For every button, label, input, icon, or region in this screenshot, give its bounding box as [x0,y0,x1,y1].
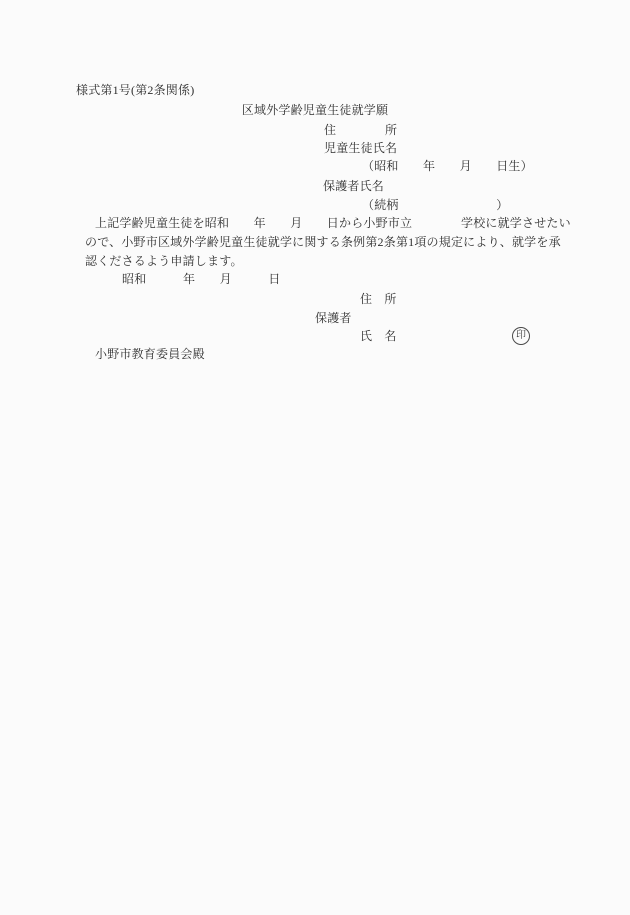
student-birthdate-label: （昭和 年 月 日生） [362,160,533,173]
body-paragraph-line1: 上記学齢児童生徒を昭和 年 月 日から小野市立 学校に就学させたい [95,217,571,230]
document-page: 様式第1号(第2条関係) 区域外学齢児童生徒就学願 住 所 児童生徒氏名 （昭和… [0,0,630,915]
signature-address-label: 住 所 [360,293,397,306]
form-number-label: 様式第1号(第2条関係) [76,84,194,97]
application-date-line: 昭和 年 月 日 [122,273,281,286]
document-title: 区域外学齢児童生徒就学願 [0,104,630,117]
body-paragraph-line2: ので、小野市区域外学齢児童生徒就学に関する条例第2条第1項の規定により、就学を承 [85,236,561,249]
seal-stamp-icon: 印 [512,327,530,345]
student-name-label: 児童生徒氏名 [324,142,397,155]
body-paragraph-line3: 認くださるよう申請します。 [85,255,243,268]
guardian-relationship-label: （続柄 ） [362,199,508,212]
signature-guardian-label: 保護者 [315,312,352,325]
addressee-line: 小野市教育委員会殿 [95,348,205,361]
seal-stamp-text: 印 [516,331,526,341]
signature-name-label: 氏 名 [360,330,397,343]
guardian-name-label: 保護者氏名 [323,180,384,193]
applicant-address-label: 住 所 [324,124,397,137]
